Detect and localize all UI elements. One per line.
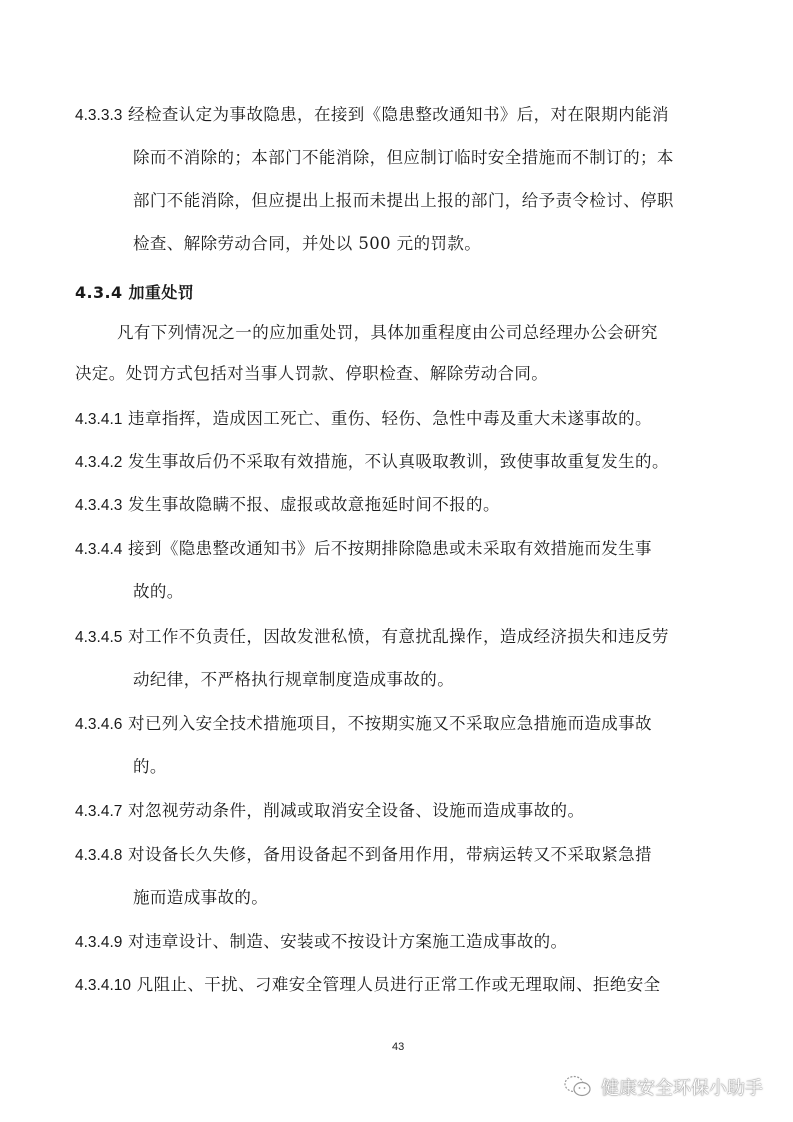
clause-number: 4.3.4.2 — [75, 454, 122, 471]
clause-4-3-4-6: 4.3.4.6 对已列入安全技术措施项目，不按期实施又不采取应急措施而造成事故 — [75, 713, 652, 736]
clause-4-3-4-9: 4.3.4.9 对违章设计、制造、安装或不按设计方案施工造成事故的。 — [75, 931, 567, 954]
clause-text: 对违章设计、制造、安装或不按设计方案施工造成事故的。 — [122, 932, 567, 951]
clause-continuation: 故的。 — [133, 581, 184, 603]
clause-number: 4.3.4.7 — [75, 803, 122, 820]
clause-number: 4.3.4.4 — [75, 541, 122, 558]
clause-continuation: 部门不能消除，但应提出上报而未提出上报的部门，给予责令检讨、停职 — [133, 190, 674, 212]
clause-number: 4.3.3.3 — [75, 107, 122, 124]
clause-number: 4.3.4.3 — [75, 497, 122, 514]
clause-4-3-4-1: 4.3.4.1 违章指挥，造成因工死亡、重伤、轻伤、急性中毒及重大未遂事故的。 — [75, 408, 652, 431]
clause-text: 对已列入安全技术措施项目，不按期实施又不采取应急措施而造成事故 — [122, 714, 652, 733]
paragraph-text: 决定。处罚方式包括对当事人罚款、停职检查、解除劳动合同。 — [75, 363, 548, 385]
paragraph-text: 凡有下列情况之一的应加重处罚，具体加重程度由公司总经理办公会研究 — [117, 322, 658, 344]
clause-continuation: 除而不消除的；本部门不能消除，但应制订临时安全措施而不制订的；本 — [133, 147, 674, 169]
clause-number: 4.3.4.6 — [75, 716, 122, 733]
clause-number: 4.3.4.8 — [75, 847, 122, 864]
clause-text: 对忽视劳动条件，削减或取消安全设备、设施而造成事故的。 — [122, 801, 584, 820]
clause-4-3-4-8: 4.3.4.8 对设备长久失修，备用设备起不到备用作用，带病运转又不采取紧急措 — [75, 844, 652, 867]
clause-4-3-4-3: 4.3.4.3 发生事故隐瞒不报、虚报或故意拖延时间不报的。 — [75, 494, 500, 517]
clause-continuation: 施而造成事故的。 — [133, 887, 268, 909]
clause-continuation: 动纪律，不严格执行规章制度造成事故的。 — [133, 669, 454, 691]
clause-text: 凡阻止、干扰、刁难安全管理人员进行正常工作或无理取闹、拒绝安全 — [131, 975, 661, 994]
clause-text: 发生事故后仍不采取有效措施，不认真吸取教训，致使事故重复发生的。 — [122, 452, 668, 471]
clause-4-3-4-7: 4.3.4.7 对忽视劳动条件，削减或取消安全设备、设施而造成事故的。 — [75, 800, 584, 823]
clause-continuation: 检查、解除劳动合同，并处以 500 元的罚款。 — [133, 233, 481, 255]
clause-continuation: 的。 — [133, 756, 167, 778]
clause-4-3-4-10: 4.3.4.10 凡阻止、干扰、刁难安全管理人员进行正常工作或无理取闹、拒绝安全 — [75, 974, 661, 997]
clause-text: 接到《隐患整改通知书》后不按期排除隐患或未采取有效措施而发生事 — [122, 539, 652, 558]
page-number: 43 — [392, 1041, 404, 1053]
clause-4-3-4-5: 4.3.4.5 对工作不负责任，因故发泄私愤，有意扰乱操作，造成经济损失和违反劳 — [75, 626, 669, 649]
section-heading: 4.3.4 加重处罚 — [75, 282, 194, 304]
clause-4-3-4-2: 4.3.4.2 发生事故后仍不采取有效措施，不认真吸取教训，致使事故重复发生的。 — [75, 451, 669, 474]
clause-number: 4.3.4.9 — [75, 934, 122, 951]
clause-text: 违章指挥，造成因工死亡、重伤、轻伤、急性中毒及重大未遂事故的。 — [122, 409, 652, 428]
clause-text: 对设备长久失修，备用设备起不到备用作用，带病运转又不采取紧急措 — [122, 845, 652, 864]
clause-number: 4.3.4.5 — [75, 629, 122, 646]
clause-number: 4.3.4.1 — [75, 411, 122, 428]
wechat-icon — [563, 1074, 593, 1100]
clause-4-3-4-4: 4.3.4.4 接到《隐患整改通知书》后不按期排除隐患或未采取有效措施而发生事 — [75, 538, 652, 561]
watermark-text: 健康安全环保小助手 — [601, 1074, 763, 1100]
clause-text: 发生事故隐瞒不报、虚报或故意拖延时间不报的。 — [122, 495, 499, 514]
clause-text: 经检查认定为事故隐患，在接到《隐患整改通知书》后，对在限期内能消 — [122, 105, 668, 124]
clause-4-3-3-3: 4.3.3.3 经检查认定为事故隐患，在接到《隐患整改通知书》后，对在限期内能消 — [75, 104, 669, 127]
clause-text: 对工作不负责任，因故发泄私愤，有意扰乱操作，造成经济损失和违反劳 — [122, 627, 668, 646]
clause-number: 4.3.4.10 — [75, 977, 131, 994]
watermark: 健康安全环保小助手 — [563, 1074, 763, 1100]
